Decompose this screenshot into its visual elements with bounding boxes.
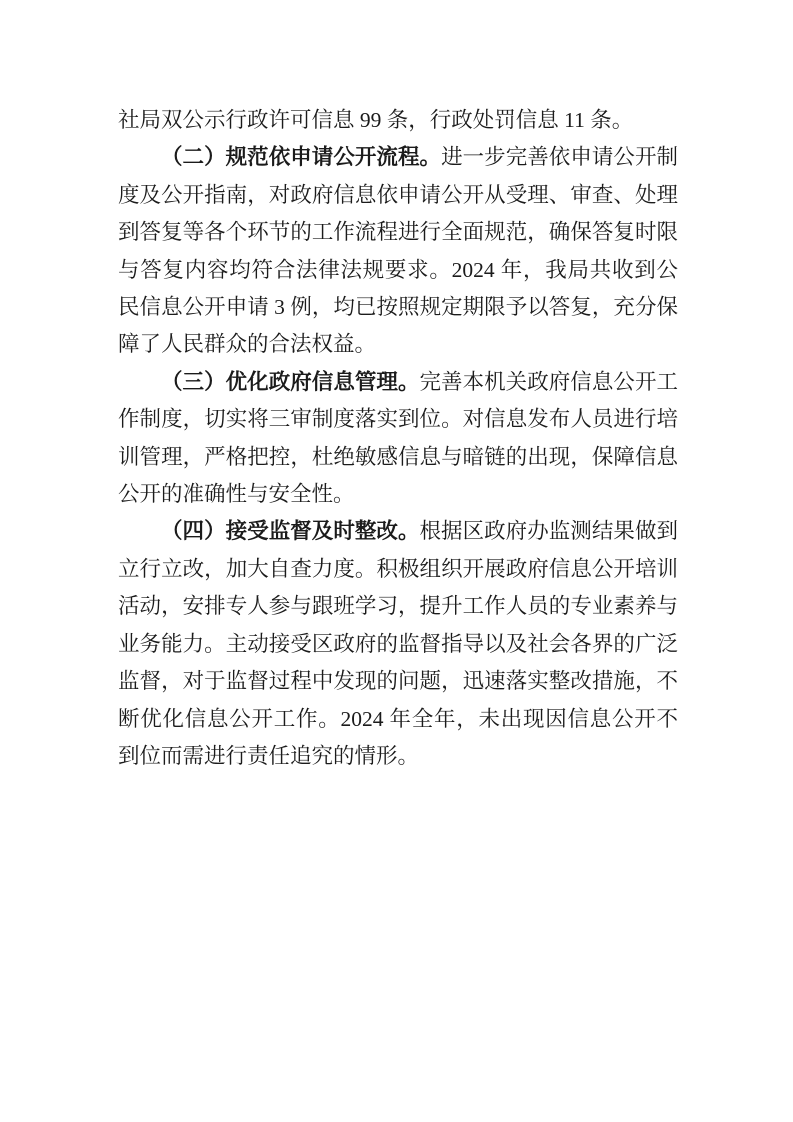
paragraph-section-4: （四）接受监督及时整改。根据区政府办监测结果做到立行立改，加大自查力度。积极组织… <box>118 513 678 775</box>
paragraph-section-3: （三）优化政府信息管理。完善本机关政府信息公开工作制度，切实将三审制度落实到位。… <box>118 364 678 514</box>
paragraph-heading: （二）规范依申请公开流程。 <box>161 145 441 169</box>
document-page: 社局双公示行政许可信息 99 条，行政处罚信息 11 条。 （二）规范依申请公开… <box>0 0 793 1122</box>
paragraph-continuation: 社局双公示行政许可信息 99 条，行政处罚信息 11 条。 <box>118 102 678 139</box>
paragraph-heading: （三）优化政府信息管理。 <box>161 370 420 394</box>
paragraph-heading: （四）接受监督及时整改。 <box>161 519 420 543</box>
paragraph-text: 进一步完善依申请公开制度及公开指南，对政府信息依申请公开从受理、审查、处理到答复… <box>118 145 678 356</box>
paragraph-section-2: （二）规范依申请公开流程。进一步完善依申请公开制度及公开指南，对政府信息依申请公… <box>118 139 678 363</box>
paragraph-text: 根据区政府办监测结果做到立行立改，加大自查力度。积极组织开展政府信息公开培训活动… <box>118 519 678 767</box>
paragraph-text: 社局双公示行政许可信息 99 条，行政处罚信息 11 条。 <box>118 108 633 132</box>
document-text-block: 社局双公示行政许可信息 99 条，行政处罚信息 11 条。 （二）规范依申请公开… <box>118 102 678 775</box>
